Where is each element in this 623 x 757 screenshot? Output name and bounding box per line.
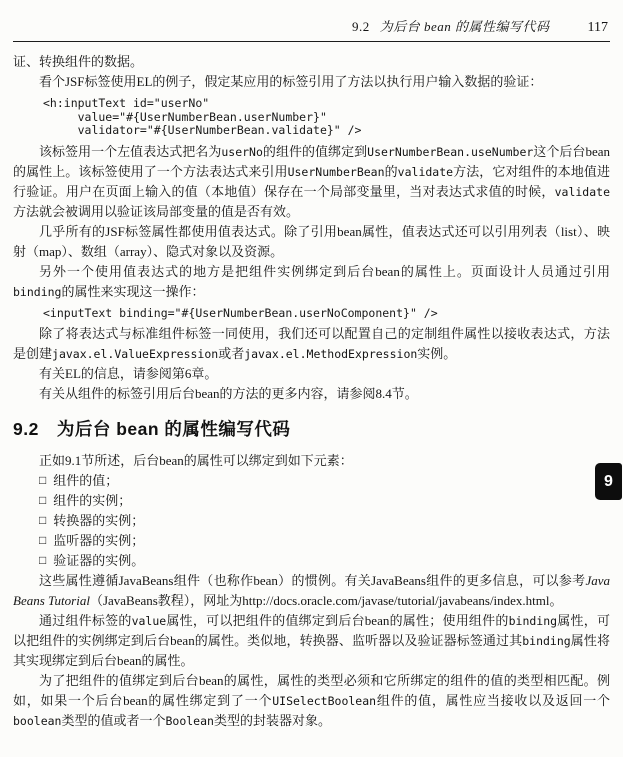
square-bullet-icon: □: [39, 533, 46, 547]
chapter-tab: 9: [595, 463, 622, 500]
code-block: <inputText binding="#{UserNumberBean.use…: [13, 307, 610, 321]
chapter-tab-label: 9: [604, 473, 613, 491]
list-item: □转换器的实例；: [13, 511, 610, 531]
paragraph: 正如9.1节所述，后台bean的属性可以绑定到如下元素：: [13, 451, 610, 471]
running-head-section-title: 为后台 bean 的属性编写代码: [380, 19, 550, 34]
list-item-label: 组件的实例；: [53, 493, 131, 508]
list-item-label: 验证器的实例。: [53, 553, 144, 568]
running-head-section-number: 9.2: [352, 19, 370, 34]
list-item-label: 转换器的实例；: [53, 513, 144, 528]
body-blocks: 证、转换组件的数据。看个JSF标签使用EL的例子，假定某应用的标签引用了方法以执…: [13, 52, 610, 731]
square-bullet-icon: □: [39, 493, 46, 507]
square-bullet-icon: □: [39, 473, 46, 487]
section-heading-title: 为后台 bean 的属性编写代码: [57, 419, 291, 439]
list-item: □验证器的实例。: [13, 551, 610, 571]
page-number: 117: [588, 20, 608, 36]
paragraph: 几乎所有的JSF标签属性都使用值表达式。除了引用bean属性，值表达式还可以引用…: [13, 222, 610, 262]
paragraph: 有关从组件的标签引用后台bean的方法的更多内容，请参阅8.4节。: [13, 384, 610, 404]
list-item-label: 监听器的实例；: [53, 533, 144, 548]
running-head-section: 9.2为后台 bean 的属性编写代码: [352, 16, 550, 35]
paragraph: 为了把组件的值绑定到后台bean的属性，属性的类型必须和它所绑定的组件的值的类型…: [13, 671, 610, 731]
book-page: 9.2为后台 bean 的属性编写代码 117 证、转换组件的数据。看个JSF标…: [0, 0, 623, 757]
paragraph: 这些属性遵循JavaBeans组件（也称作bean）的惯例。有关JavaBean…: [13, 571, 610, 611]
list-item-label: 组件的值；: [53, 473, 118, 488]
square-bullet-icon: □: [39, 553, 46, 567]
paragraph: 证、转换组件的数据。: [13, 52, 610, 72]
page-header: 9.2为后台 bean 的属性编写代码 117: [13, 16, 610, 42]
paragraph: 看个JSF标签使用EL的例子，假定某应用的标签引用了方法以执行用户输入数据的验证…: [13, 72, 610, 92]
paragraph: 该标签用一个左值表达式把名为userNo的组件的值绑定到UserNumberBe…: [13, 142, 610, 222]
code-block: <h:inputText id="userNo" value="#{UserNu…: [13, 97, 610, 138]
paragraph: 有关EL的信息，请参阅第6章。: [13, 364, 610, 384]
paragraph: 另外一个使用值表达式的地方是把组件实例绑定到后台bean的属性上。页面设计人员通…: [13, 262, 610, 302]
list-item: □组件的值；: [13, 471, 610, 491]
section-heading: 9.2为后台 bean 的属性编写代码: [13, 416, 610, 441]
paragraph: 通过组件标签的value属性，可以把组件的值绑定到后台bean的属性；使用组件的…: [13, 611, 610, 671]
section-heading-number: 9.2: [13, 419, 39, 439]
square-bullet-icon: □: [39, 513, 46, 527]
list-item: □监听器的实例；: [13, 531, 610, 551]
list-item: □组件的实例；: [13, 491, 610, 511]
paragraph: 除了将表达式与标准组件标签一同使用，我们还可以配置自己的定制组件属性以接收表达式…: [13, 324, 610, 364]
